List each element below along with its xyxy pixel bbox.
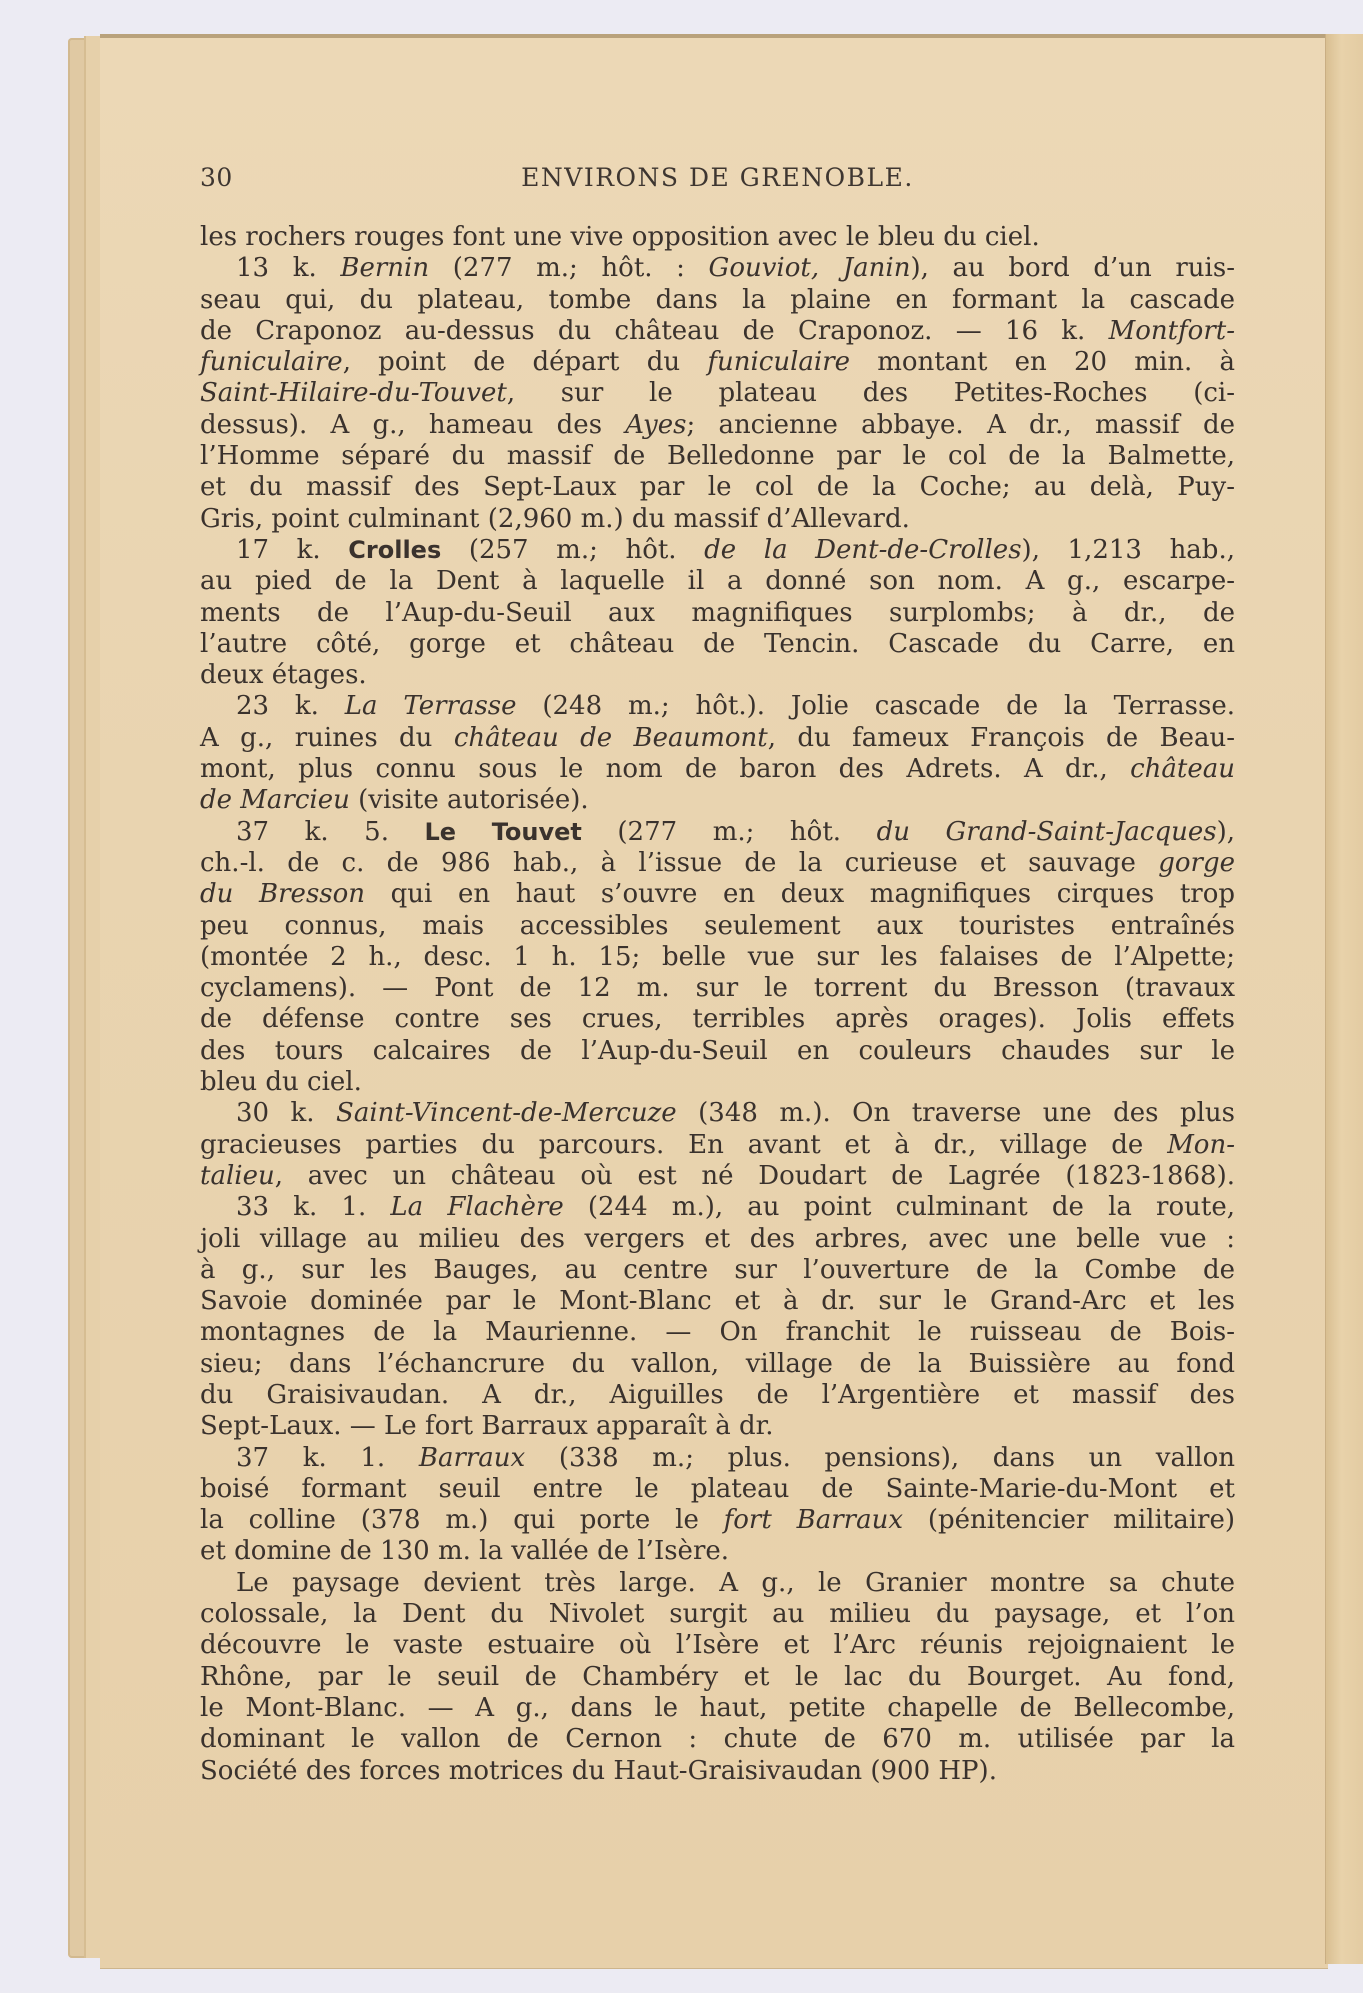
text-run: (visite autorisée). bbox=[350, 785, 589, 815]
text-line: les rochers rouges font une vive opposit… bbox=[200, 222, 1235, 253]
text-line: 30 k. Saint-Vincent-de-Mercuze (348 m.).… bbox=[200, 1098, 1235, 1129]
text-run: ), 1,213 hab., bbox=[1022, 535, 1235, 565]
text-run: la colline (378 m.) qui porte le bbox=[200, 1505, 724, 1535]
text-run: ), bbox=[1217, 817, 1235, 847]
text-line: boisé formant seuil entre le plateau de … bbox=[200, 1474, 1235, 1505]
text-run: ; ancienne abbaye. A dr., massif de bbox=[686, 410, 1235, 440]
text-run: A g., ruines du bbox=[200, 723, 454, 753]
text-line: du Graisivaudan. A dr., Aiguilles de l’A… bbox=[200, 1380, 1235, 1411]
text-run: découvre le vaste estuaire où l’Isère et… bbox=[200, 1630, 1235, 1660]
italic-text: funiculaire bbox=[200, 347, 343, 377]
text-line: l’autre côté, gorge et château de Tencin… bbox=[200, 629, 1235, 660]
text-line: deux étages. bbox=[200, 660, 1235, 691]
italic-text: funiculaire bbox=[707, 347, 850, 377]
text-run: montant en 20 min. à bbox=[850, 347, 1235, 377]
italic-text: gorge bbox=[1158, 848, 1235, 878]
text-line: ments de l’Aup-du-Seuil aux magnifiques … bbox=[200, 598, 1235, 629]
text-run: (montée 2 h., desc. 1 h. 15; belle vue s… bbox=[200, 942, 1235, 972]
text-run: l’Homme séparé du massif de Belledonne p… bbox=[200, 441, 1235, 471]
text-line: (montée 2 h., desc. 1 h. 15; belle vue s… bbox=[200, 942, 1235, 973]
text-line: colossale, la Dent du Nivolet surgit au … bbox=[200, 1599, 1235, 1630]
text-run: deux étages. bbox=[200, 660, 367, 690]
text-run: joli village au milieu des vergers et de… bbox=[200, 1224, 1235, 1254]
italic-text: Bernin bbox=[340, 253, 429, 283]
italic-text: de Marcieu bbox=[200, 785, 350, 815]
text-run: 23 k. bbox=[236, 691, 345, 721]
text-line: cyclamens). — Pont de 12 m. sur le torre… bbox=[200, 973, 1235, 1004]
text-run: dessus). A g., hameau des bbox=[200, 410, 625, 440]
body-text: les rochers rouges font une vive opposit… bbox=[200, 222, 1235, 1787]
text-run: 37 k. 1. bbox=[236, 1443, 419, 1473]
text-line: découvre le vaste estuaire où l’Isère et… bbox=[200, 1630, 1235, 1661]
text-run: (257 m.; hôt. bbox=[441, 535, 704, 565]
text-line: dessus). A g., hameau des Ayes; ancienne… bbox=[200, 410, 1235, 441]
text-run: gracieuses parties du parcours. En avant… bbox=[200, 1130, 1167, 1160]
text-line: funiculaire, point de départ du funicula… bbox=[200, 347, 1235, 378]
text-run: 17 k. bbox=[236, 535, 348, 565]
text-run: de défense contre ses crues, terribles a… bbox=[200, 1004, 1235, 1034]
text-run: cyclamens). — Pont de 12 m. sur le torre… bbox=[200, 973, 1235, 1003]
italic-text: du Grand-Saint-Jacques bbox=[877, 817, 1217, 847]
text-run: le Mont-Blanc. — A g., dans le haut, pet… bbox=[200, 1693, 1235, 1723]
italic-text: Mon- bbox=[1167, 1130, 1235, 1160]
bold-place-name: Le Touvet bbox=[425, 818, 582, 846]
text-run: seau qui, du plateau, tombe dans la plai… bbox=[200, 285, 1235, 315]
text-line: A g., ruines du château de Beaumont, du … bbox=[200, 723, 1235, 754]
italic-text: Saint-Vincent-de-Mercuze bbox=[336, 1098, 677, 1128]
text-run: sieu; dans l’échancrure du vallon, villa… bbox=[200, 1349, 1235, 1379]
text-run: ments de l’Aup-du-Seuil aux magnifiques … bbox=[200, 598, 1235, 628]
italic-text: Montfort- bbox=[1109, 316, 1235, 346]
text-run: bleu du ciel. bbox=[200, 1067, 362, 1097]
italic-text: La Terrasse bbox=[345, 691, 517, 721]
italic-text: de la Dent-de-Crolles bbox=[704, 535, 1021, 565]
text-run: boisé formant seuil entre le plateau de … bbox=[200, 1474, 1235, 1504]
text-line: Société des forces motrices du Haut-Grai… bbox=[200, 1756, 1235, 1787]
text-run: et domine de 130 m. la vallée de l’Isère… bbox=[200, 1536, 729, 1566]
text-run: 13 k. bbox=[236, 253, 340, 283]
text-run: (338 m.; plus. pensions), dans un vallon bbox=[525, 1443, 1235, 1473]
text-line: du Bresson qui en haut s’ouvre en deux m… bbox=[200, 879, 1235, 910]
text-run: Sept-Laux. — Le fort Barraux apparaît à … bbox=[200, 1411, 774, 1441]
text-line: 13 k. Bernin (277 m.; hôt. : Gouviot, Ja… bbox=[200, 253, 1235, 284]
text-line: de Marcieu (visite autorisée). bbox=[200, 785, 1235, 816]
text-line: gracieuses parties du parcours. En avant… bbox=[200, 1130, 1235, 1161]
text-run: ch.-l. de c. de 986 hab., à l’issue de l… bbox=[200, 848, 1158, 878]
text-line: dominant le vallon de Cernon : chute de … bbox=[200, 1724, 1235, 1755]
page-header: 30 ENVIRONS DE GRENOBLE. bbox=[200, 163, 1235, 199]
text-run: ), au bord d’un ruis- bbox=[910, 253, 1235, 283]
facing-page-edge bbox=[1325, 34, 1363, 1964]
text-line: Gris, point culminant (2,960 m.) du mass… bbox=[200, 504, 1235, 535]
text-line: 23 k. La Terrasse (248 m.; hôt.). Jolie … bbox=[200, 691, 1235, 722]
italic-text: Gouviot, Janin bbox=[709, 253, 911, 283]
text-line: la colline (378 m.) qui porte le fort Ba… bbox=[200, 1505, 1235, 1536]
text-run: à g., sur les Bauges, au centre sur l’ou… bbox=[200, 1255, 1235, 1285]
text-run: (244 m.), au point culminant de la route… bbox=[564, 1192, 1235, 1222]
italic-text: Barraux bbox=[419, 1443, 525, 1473]
text-run: Rhône, par le seuil de Chambéry et le la… bbox=[200, 1662, 1235, 1692]
text-run: les rochers rouges font une vive opposit… bbox=[200, 222, 1040, 252]
text-run: , sur le plateau des Petites-Roches (ci- bbox=[507, 378, 1235, 408]
text-run: Le paysage devient très large. A g., le … bbox=[236, 1568, 1235, 1598]
text-run: montagnes de la Maurienne. — On franchit… bbox=[200, 1317, 1235, 1347]
text-run: (277 m.; hôt. : bbox=[429, 253, 708, 283]
text-run: 30 k. bbox=[236, 1098, 336, 1128]
text-line: joli village au milieu des vergers et de… bbox=[200, 1224, 1235, 1255]
text-run: dominant le vallon de Cernon : chute de … bbox=[200, 1724, 1235, 1754]
text-line: 17 k. Crolles (257 m.; hôt. de la Dent-d… bbox=[200, 535, 1235, 566]
text-line: Le paysage devient très large. A g., le … bbox=[200, 1568, 1235, 1599]
text-run: (248 m.; hôt.). Jolie cascade de la Terr… bbox=[517, 691, 1235, 721]
text-run: (pénitencier militaire) bbox=[903, 1505, 1235, 1535]
italic-text: Saint-Hilaire-du-Touvet bbox=[200, 378, 507, 408]
text-line: l’Homme séparé du massif de Belledonne p… bbox=[200, 441, 1235, 472]
text-line: Sept-Laux. — Le fort Barraux apparaît à … bbox=[200, 1411, 1235, 1442]
text-run: (348 m.). On traverse une des plus bbox=[677, 1098, 1235, 1128]
text-run: des tours calcaires de l’Aup-du-Seuil en… bbox=[200, 1036, 1235, 1066]
text-line: talieu, avec un château où est né Doudar… bbox=[200, 1161, 1235, 1192]
text-line: et domine de 130 m. la vallée de l’Isère… bbox=[200, 1536, 1235, 1567]
text-run: , point de départ du bbox=[343, 347, 708, 377]
bold-place-name: Crolles bbox=[348, 536, 441, 564]
text-run: 33 k. 1. bbox=[236, 1192, 390, 1222]
text-run: Société des forces motrices du Haut-Grai… bbox=[200, 1756, 997, 1786]
text-run: , du fameux François de Beau- bbox=[768, 723, 1235, 753]
italic-text: château de Beaumont bbox=[454, 723, 768, 753]
text-line: seau qui, du plateau, tombe dans la plai… bbox=[200, 285, 1235, 316]
italic-text: talieu bbox=[200, 1161, 275, 1191]
text-run: (277 m.; hôt. bbox=[582, 817, 877, 847]
text-line: des tours calcaires de l’Aup-du-Seuil en… bbox=[200, 1036, 1235, 1067]
text-run: mont, plus connu sous le nom de baron de… bbox=[200, 754, 1130, 784]
text-run: et du massif des Sept-Laux par le col de… bbox=[200, 472, 1235, 502]
text-line: à g., sur les Bauges, au centre sur l’ou… bbox=[200, 1255, 1235, 1286]
italic-text: Ayes bbox=[625, 410, 686, 440]
text-line: sieu; dans l’échancrure du vallon, villa… bbox=[200, 1349, 1235, 1380]
italic-text: La Flachère bbox=[390, 1192, 563, 1222]
text-line: Savoie dominée par le Mont-Blanc et à dr… bbox=[200, 1286, 1235, 1317]
text-line: de défense contre ses crues, terribles a… bbox=[200, 1004, 1235, 1035]
text-run: qui en haut s’ouvre en deux magnifiques … bbox=[365, 879, 1235, 909]
text-run: l’autre côté, gorge et château de Tencin… bbox=[200, 629, 1235, 659]
text-run: Savoie dominée par le Mont-Blanc et à dr… bbox=[200, 1286, 1235, 1316]
text-run: peu connus, mais accessibles seulement a… bbox=[200, 911, 1235, 941]
italic-text: fort Barraux bbox=[724, 1505, 903, 1535]
text-run: , avec un château où est né Doudart de L… bbox=[275, 1161, 1235, 1191]
text-run: 37 k. 5. bbox=[236, 817, 425, 847]
text-run: du Graisivaudan. A dr., Aiguilles de l’A… bbox=[200, 1380, 1235, 1410]
text-line: mont, plus connu sous le nom de baron de… bbox=[200, 754, 1235, 785]
text-run: de Craponoz au-dessus du château de Crap… bbox=[200, 316, 1109, 346]
text-run: colossale, la Dent du Nivolet surgit au … bbox=[200, 1599, 1235, 1629]
text-line: 33 k. 1. La Flachère (244 m.), au point … bbox=[200, 1192, 1235, 1223]
running-head: ENVIRONS DE GRENOBLE. bbox=[200, 163, 1235, 192]
text-line: au pied de la Dent à laquelle il a donné… bbox=[200, 566, 1235, 597]
text-line: 37 k. 5. Le Touvet (277 m.; hôt. du Gran… bbox=[200, 817, 1235, 848]
text-line: de Craponoz au-dessus du château de Crap… bbox=[200, 316, 1235, 347]
italic-text: château bbox=[1130, 754, 1235, 784]
text-line: montagnes de la Maurienne. — On franchit… bbox=[200, 1317, 1235, 1348]
text-run: Gris, point culminant (2,960 m.) du mass… bbox=[200, 504, 910, 534]
text-line: peu connus, mais accessibles seulement a… bbox=[200, 911, 1235, 942]
text-line: 37 k. 1. Barraux (338 m.; plus. pensions… bbox=[200, 1443, 1235, 1474]
text-run: au pied de la Dent à laquelle il a donné… bbox=[200, 566, 1235, 596]
text-line: Rhône, par le seuil de Chambéry et le la… bbox=[200, 1662, 1235, 1693]
text-line: bleu du ciel. bbox=[200, 1067, 1235, 1098]
text-line: ch.-l. de c. de 986 hab., à l’issue de l… bbox=[200, 848, 1235, 879]
italic-text: du Bresson bbox=[200, 879, 365, 909]
text-line: le Mont-Blanc. — A g., dans le haut, pet… bbox=[200, 1693, 1235, 1724]
text-line: Saint-Hilaire-du-Touvet, sur le plateau … bbox=[200, 378, 1235, 409]
text-line: et du massif des Sept-Laux par le col de… bbox=[200, 472, 1235, 503]
